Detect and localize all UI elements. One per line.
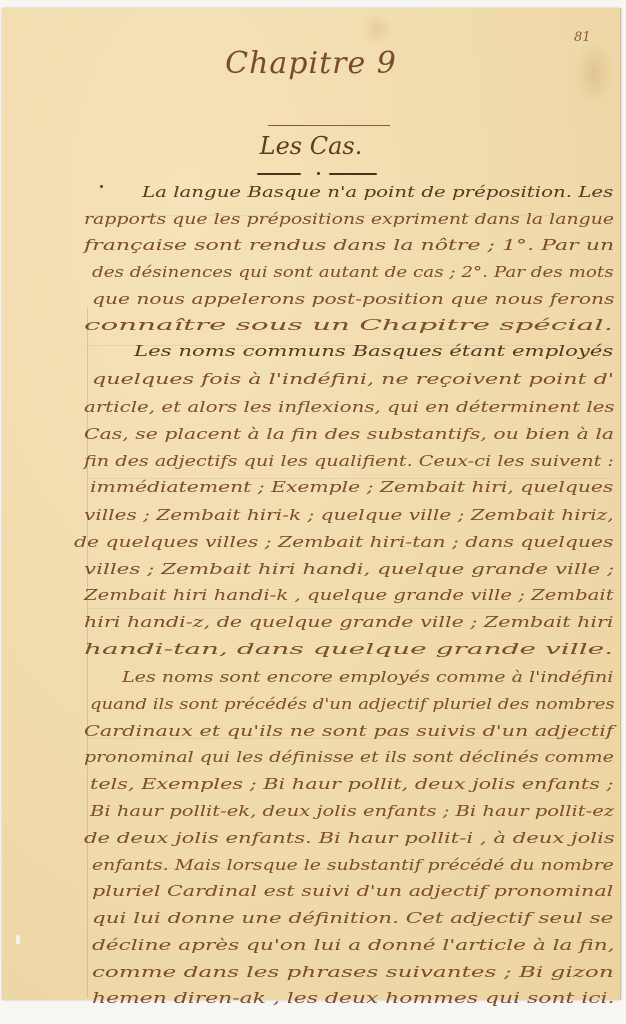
text-line: enfants. Mais lorsque le substantif préc… [92, 856, 614, 883]
text-line: villes ; Zembait hiri-k ; quelque ville … [84, 506, 614, 533]
ink-dot [100, 185, 103, 188]
text-line: qui lui donne une définition. Cet adject… [92, 909, 613, 936]
text-line: Cas, se placent à la fin des substantifs… [84, 425, 614, 452]
text-line: tels, Exemples ; Bi haur pollit, deux jo… [90, 775, 614, 802]
text-line: connaître sous un Chapitre spécial. [84, 316, 613, 343]
text-line: fin des adjectifs qui les qualifient. Ce… [84, 452, 614, 479]
text-line: pronominal qui les définisse et ils sont… [84, 748, 614, 775]
text-line: décline après qu'on lui a donné l'articl… [92, 936, 615, 963]
text-line: Cardinaux et qu'ils ne sont pas suivis d… [84, 722, 614, 749]
text-line: immédiatement ; Exemple ; Zembait hiri, … [90, 478, 613, 505]
chapter-title: Chapitre 9 [2, 46, 620, 81]
text-line: handi-tan, dans quelque grande ville. [84, 640, 613, 667]
text-line: La langue Basque n'a point de prépositio… [142, 183, 613, 210]
text-line: quand ils sont précédés d'un adjectif pl… [90, 695, 615, 722]
text-line: pluriel Cardinal est suivi d'un adjectif… [92, 882, 613, 909]
page-number: 81 [574, 30, 591, 45]
ornament-divider [257, 171, 387, 177]
text-line: Les noms communs Basques étant employés [134, 342, 613, 369]
text-line: que nous appelerons post-position que no… [92, 290, 614, 317]
text-line: hemen diren-ak , les deux hommes qui son… [92, 989, 614, 1016]
text-line: Zembait hiri handi-k , quelque grande vi… [84, 586, 614, 613]
text-line: article, et alors les inflexions, qui en… [84, 398, 615, 425]
text-line: hiri handi-z, de quelque grande ville ; … [84, 613, 613, 640]
text-line: des désinences qui sont autant de cas ; … [92, 263, 614, 290]
paper-stain [362, 14, 392, 44]
section-title: Les Cas. [2, 132, 620, 160]
manuscript-page: 81 Chapitre 9 Les Cas. La langue Basque … [2, 8, 621, 1000]
text-line: française sont rendus dans la nôtre ; 1°… [84, 236, 614, 263]
title-underline [268, 125, 390, 126]
text-line: villes ; Zembait hiri handi, quelque gra… [84, 560, 614, 587]
text-line: de deux jolis enfants. Bi haur pollit-i … [84, 829, 615, 856]
text-line: Bi haur pollit-ek, deux jolis enfants ; … [90, 802, 614, 829]
text-line: Les noms sont encore employés comme à l'… [122, 668, 613, 695]
text-line: comme dans les phrases suivantes ; Bi gi… [92, 963, 614, 990]
text-line: de quelques villes ; Zembait hiri-tan ; … [74, 533, 613, 560]
text-line: rapports que les prépositions expriment … [84, 210, 614, 237]
text-line: quelques fois à l'indéfini, ne reçoivent… [92, 370, 614, 397]
pin-hole [16, 935, 20, 944]
